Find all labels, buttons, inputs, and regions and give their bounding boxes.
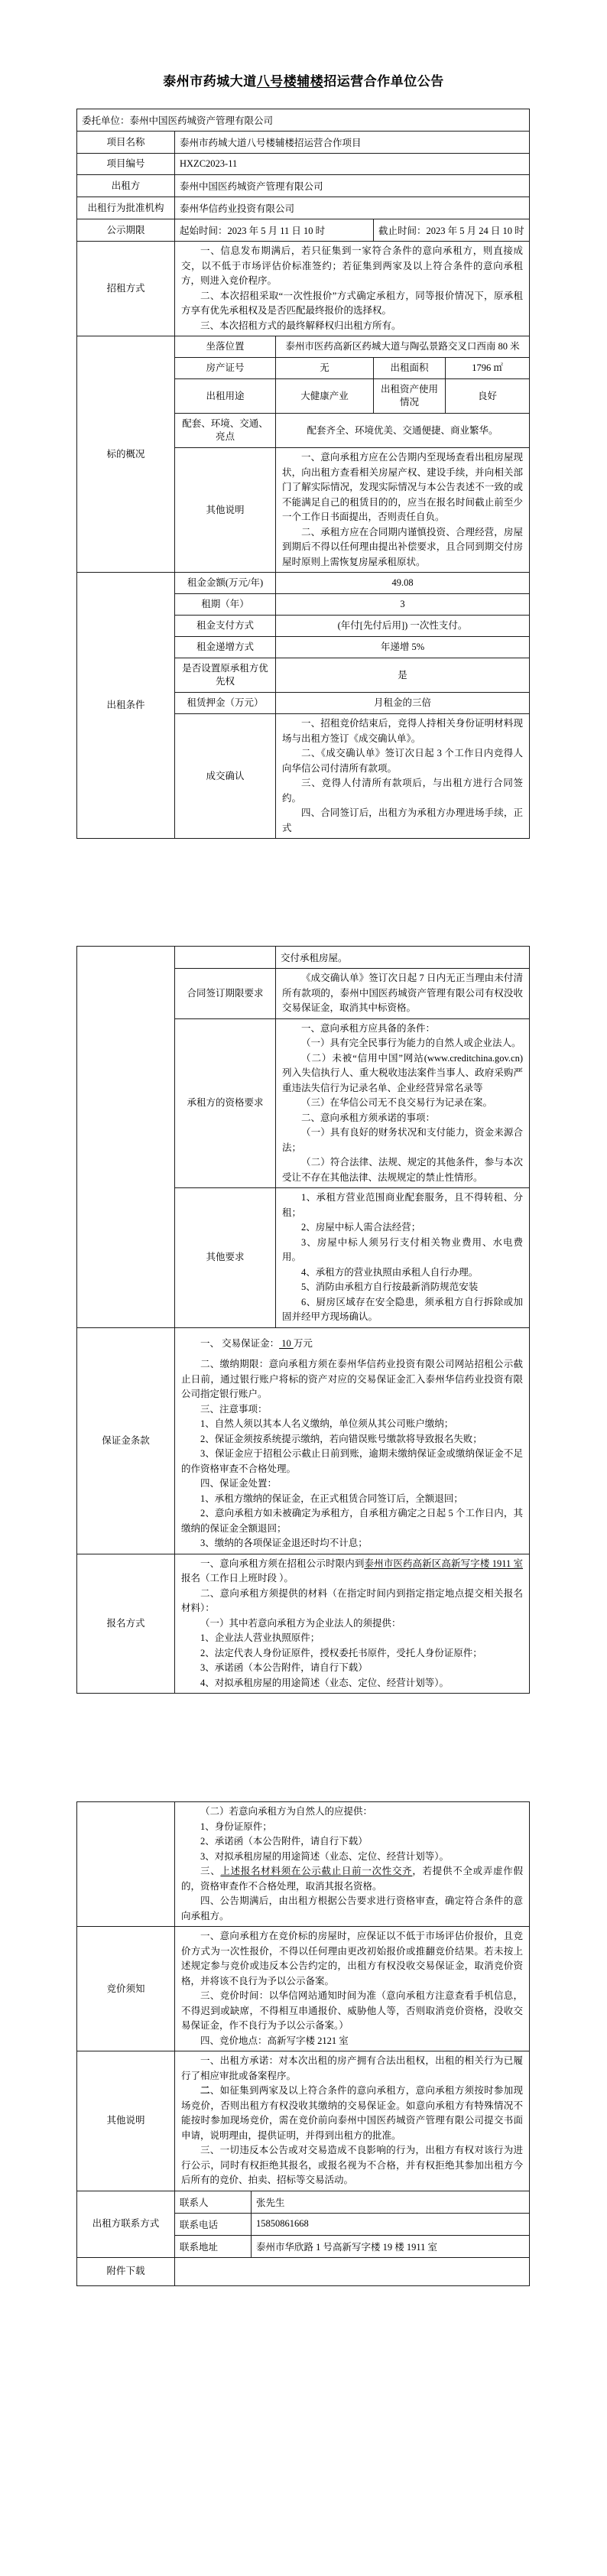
- other-notes-para2-bold: 二: [200, 2085, 210, 2096]
- table-row: 标的概况 坐落位置 泰州市医药高新区药城大道与陶弘景路交叉口西南 80 米: [77, 336, 530, 358]
- paragraph: 一、招租竞价结束后，竞得人持相关身份证明材料现场与出租方签订《成交确认单》。: [282, 716, 523, 746]
- paragraph: 四、合同签订后，出租方为承租方办理进场手续，正式: [282, 806, 523, 836]
- rent-increase-value: 年递增 5%: [276, 637, 530, 658]
- signup-item1-address: 泰州市医药高新区高新写字楼 1911 室: [364, 1558, 523, 1569]
- paragraph: 1、身份证原件；: [181, 1820, 523, 1835]
- other-notes-para2-rest: 、如征集到两家及以上符合条件的意向承租方，意向承租方须按时参加现场竞价，否则出租…: [181, 2085, 523, 2141]
- paragraph: （一）具有完全民事行为能力的自然人或企业法人。: [282, 1036, 523, 1051]
- paragraph: 一、意向承租方在竞价标的房屋时，应保证以不低于市场评估价报价，且竞价方式为一次性…: [181, 1929, 523, 1989]
- paragraph: 三、竞价时间：以华信网站通知时间为准（意向承租方注意查看手机信息，不得迟到或缺席…: [181, 1989, 523, 2034]
- priority-right-label: 是否设置原承租方优先权: [175, 658, 276, 693]
- payment-method-value: (年付[先付后用]) 一次性支付。: [276, 616, 530, 637]
- carryover-label-cell: [77, 947, 175, 1328]
- paragraph: 3、缴纳的各项保证金退还时均不计息；: [181, 1536, 523, 1551]
- announcement-table-page1: 委托单位：泰州中国医药城资产管理有限公司 项目名称 泰州市药城大道八号楼辅楼招运…: [76, 109, 530, 839]
- signup-continuation-label-cell: [77, 1802, 175, 1927]
- page-3: （二）若意向承租方为自然人的应提供： 1、身份证原件； 2、承诺函（本公告附件，…: [76, 1801, 529, 2286]
- lease-deposit-label: 租赁押金（万元）: [175, 693, 276, 714]
- project-no-label: 项目编号: [77, 154, 175, 175]
- paragraph: 三、竞得人付清所有款项后，与出租方进行合同签约。: [282, 776, 523, 806]
- other-notes-label: 其他说明: [77, 2051, 175, 2191]
- table-row: 附件下载: [77, 2257, 530, 2285]
- paragraph: 二、如征集到两家及以上符合条件的意向承租方，意向承租方须按时参加现场竞价，否则出…: [181, 2084, 523, 2143]
- paragraph: 一、意向承租方应具备的条件：: [282, 1022, 523, 1037]
- area-value: 1796 ㎡: [446, 358, 530, 379]
- use-label: 出租用途: [175, 379, 276, 414]
- announcement-table-page2: 交付承租房屋。 合同签订期限要求 《成交确认单》签订次日起 7 日内无正当理由未…: [76, 946, 530, 1694]
- paragraph: 1、企业法人营业执照原件；: [181, 1631, 523, 1646]
- lessor-contact-label: 出租方联系方式: [77, 2191, 175, 2257]
- project-name-label: 项目名称: [77, 132, 175, 154]
- lease-term-value: 3: [276, 594, 530, 616]
- recruit-method-label: 招租方式: [77, 242, 175, 336]
- bidding-notes-content: 一、意向承租方在竞价标的房屋时，应保证以不低于市场评估价报价，且竞价方式为一次性…: [175, 1927, 530, 2051]
- attachment-download-label: 附件下载: [77, 2257, 175, 2285]
- paragraph: 2、法定代表人身份证原件，授权委托书原件，受托人身份证原件；: [181, 1646, 523, 1662]
- contact-phone-value: 15850861668: [252, 2213, 530, 2235]
- lessor-label: 出租方: [77, 175, 175, 197]
- property-cert-label: 房产证号: [175, 358, 276, 379]
- paragraph: 4、对拟承租房屋的用途简述（业态、定位、经营计划等）。: [181, 1676, 523, 1691]
- property-cert-value: 无: [276, 358, 374, 379]
- location-label: 坐落位置: [175, 336, 276, 358]
- publicity-label: 公示期限: [77, 219, 175, 242]
- carryover-sublabel-cell: [175, 947, 276, 969]
- lease-term-label: 租期（年）: [175, 594, 276, 616]
- lease-terms-label: 出租条件: [77, 573, 175, 839]
- paragraph: 一、信息发布期满后，若只征集到一家符合条件的意向承租方，则直接成交，以不低于市场…: [181, 244, 523, 289]
- tenant-qualification-content: 一、意向承租方应具备的条件： （一）具有完全民事行为能力的自然人或企业法人。 （…: [276, 1018, 530, 1188]
- table-row: 竞价须知 一、意向承租方在竞价标的房屋时，应保证以不低于市场评估价报价，且竞价方…: [77, 1927, 530, 2051]
- location-value: 泰州市医药高新区药城大道与陶弘景路交叉口西南 80 米: [276, 336, 530, 358]
- project-name-value: 泰州市药城大道八号楼辅楼招运营合作项目: [175, 132, 530, 154]
- guarantee-item1-post: 万元: [294, 1338, 313, 1349]
- signup-method-label: 报名方式: [77, 1554, 175, 1694]
- signup-item3-pre: 三、: [200, 1866, 220, 1876]
- document-title: 泰州市药城大道八号楼辅楼招运营合作单位公告: [0, 70, 607, 89]
- table-row: 公示期限 起始时间：2023 年 5 月 11 日 10 时 截止时间：2023…: [77, 219, 530, 242]
- paragraph: 2、意向承租方如未被确定为承租方，自承租方确定之日起 5 个工作日内，其缴纳的保…: [181, 1506, 523, 1536]
- table-row: 交付承租房屋。: [77, 947, 530, 969]
- approver-value: 泰州华信药业投资有限公司: [175, 197, 530, 219]
- paragraph: 《成交确认单》签订次日起 7 日内无正当理由未付清所有款项的，泰州中国医药城资产…: [282, 971, 523, 1016]
- use-value: 大健康产业: [276, 379, 374, 414]
- paragraph: 3、房屋中标人须另行支付相关物业费用、水电费用。: [282, 1236, 523, 1265]
- publicity-end: 截止时间：2023 年 5 月 24 日 10 时: [374, 219, 530, 242]
- guarantee-clause-content: 一、 交易保证金： 10 万元 二、缴纳期限：意向承租方须在泰州华信药业投资有限…: [175, 1327, 530, 1554]
- paragraph: 二、本次招租采取“一次性报价”方式确定承租方，同等报价情况下，原承租方享有优先承…: [181, 289, 523, 319]
- signup-item1-pre: 一、意向承租方须在招租公示时限内到: [200, 1558, 364, 1569]
- paragraph: 一、意向承租方应在公告期内至现场查看出租房屋现状，向出租方查看相关房屋产权、建设…: [282, 450, 523, 525]
- table-row: 招租方式 一、信息发布期满后，若只征集到一家符合条件的意向承租方，则直接成交，以…: [77, 242, 530, 336]
- facilities-value: 配套齐全、环境优美、交通便捷、商业繁华。: [276, 414, 530, 448]
- deal-confirm-label: 成交确认: [175, 714, 276, 839]
- deal-confirm-content: 一、招租竞价结束后，竞得人持相关身份证明材料现场与出租方签订《成交确认单》。 二…: [276, 714, 530, 839]
- paragraph: 二、意向承租方须提供的材料（在指定时间内到指定指定地点提交相关报名材料）：: [181, 1587, 523, 1616]
- table-row: 项目编号 HXZC2023-11: [77, 154, 530, 175]
- paragraph: 三、本次招租方式的最终解释权归出租方所有。: [181, 319, 523, 334]
- publicity-start: 起始时间：2023 年 5 月 11 日 10 时: [175, 219, 374, 242]
- paragraph: 四、公告期满后，由出租方根据公告要求进行资格审查，确定符合条件的意向承租方。: [181, 1894, 523, 1924]
- paragraph: 2、承诺函（本公告附件，请自行下载）: [181, 1834, 523, 1850]
- paragraph: 三、注意事项：: [181, 1402, 523, 1418]
- paragraph: 二、缴纳期限：意向承租方须在泰州华信药业投资有限公司网站招租公示截止日前，通过银…: [181, 1357, 523, 1402]
- lessor-value: 泰州中国医药城资产管理有限公司: [175, 175, 530, 197]
- paragraph: 1、承租方营业范围商业配套服务，且不得转租、分租；: [282, 1191, 523, 1220]
- facilities-label: 配套、环境、交通、亮点: [175, 414, 276, 448]
- paragraph: （二）符合法律、法规、规定的其他条件，参与本次受让不存在其他法律、法规规定的禁止…: [282, 1155, 523, 1185]
- rent-amount-value: 49.08: [276, 573, 530, 594]
- title-post: 招运营合作单位公告: [323, 74, 444, 89]
- paragraph: 3、承诺函（本公告附件，请自行下载）: [181, 1661, 523, 1676]
- paragraph: 3、保证金应于招租公示截止日前到账，逾期未缴纳保证金或缴纳保证金不足的作资格审查…: [181, 1447, 523, 1476]
- paragraph: （二）未被“信用中国”网站(www.creditchina.gov.cn)列入失…: [282, 1051, 523, 1096]
- table-row: （二）若意向承租方为自然人的应提供： 1、身份证原件； 2、承诺函（本公告附件，…: [77, 1802, 530, 1927]
- paragraph: （三）在华信公司无不良交易行为记录在案。: [282, 1096, 523, 1111]
- contact-person-label: 联系人: [175, 2191, 252, 2213]
- paragraph: 三、上述报名材料须在公示截止日前一次性交齐，若提供不全或弄虚作假的，资格审查作不…: [181, 1864, 523, 1894]
- tenant-qualification-label: 承租方的资格要求: [175, 1018, 276, 1188]
- table-row: 保证金条款 一、 交易保证金： 10 万元 二、缴纳期限：意向承租方须在泰州华信…: [77, 1327, 530, 1554]
- subject-other-content: 一、意向承租方应在公告期内至现场查看出租房屋现状，向出租方查看相关房屋产权、建设…: [276, 448, 530, 573]
- document-canvas: 泰州市药城大道八号楼辅楼招运营合作单位公告 委托单位：泰州中国医药城资产管理有限…: [0, 0, 607, 2576]
- bidding-notes-label: 竞价须知: [77, 1927, 175, 2051]
- guarantee-item1-pre: 一、 交易保证金：: [200, 1338, 279, 1349]
- page-1: 委托单位：泰州中国医药城资产管理有限公司 项目名称 泰州市药城大道八号楼辅楼招运…: [76, 109, 529, 839]
- paragraph: 3、对拟承租房屋的用途简述（业态、定位、经营计划等）。: [181, 1850, 523, 1865]
- paragraph: 二、《成交确认单》签订次日起 3 个工作日内竞得人向华信公司付清所有款项。: [282, 746, 523, 776]
- contact-person-value: 张先生: [252, 2191, 530, 2213]
- guarantee-item1-amount: 10: [279, 1338, 294, 1349]
- payment-method-label: 租金支付方式: [175, 616, 276, 637]
- paragraph: 一、意向承租方须在招租公示时限内到泰州市医药高新区高新写字楼 1911 室报名（…: [181, 1557, 523, 1587]
- page-2: 交付承租房屋。 合同签订期限要求 《成交确认单》签订次日起 7 日内无正当理由未…: [76, 946, 529, 1694]
- other-requirements-content: 1、承租方营业范围商业配套服务，且不得转租、分租； 2、房屋中标人需合法经营； …: [276, 1188, 530, 1328]
- paragraph: 5、消防由承租方自行按最新消防规范安装: [282, 1280, 523, 1295]
- paragraph: 二、承租方应在合同期内谨慎投资、合理经营，房屋到期后不得以任何理由提出补偿要求，…: [282, 525, 523, 570]
- paragraph: 三、一切违反本公告或对交易造成不良影响的行为，出租方有权对该行为进行公示，同时有…: [181, 2143, 523, 2188]
- paragraph: 一、出租方承诺：对本次出租的房产拥有合法出租权，出租的相关行为已履行了相应审批或…: [181, 2054, 523, 2084]
- table-row: 项目名称 泰州市药城大道八号楼辅楼招运营合作项目: [77, 132, 530, 154]
- signup-continuation-content: （二）若意向承租方为自然人的应提供： 1、身份证原件； 2、承诺函（本公告附件，…: [175, 1802, 530, 1927]
- paragraph: 1、自然人须以其本人名义缴纳，单位须从其公司账户缴纳；: [181, 1417, 523, 1432]
- rent-increase-label: 租金递增方式: [175, 637, 276, 658]
- paragraph: 2、房屋中标人需合法经营；: [282, 1220, 523, 1236]
- table-row: 委托单位：泰州中国医药城资产管理有限公司: [77, 109, 530, 132]
- paragraph: 4、承租方的营业执照由承租人自行办理。: [282, 1265, 523, 1281]
- guarantee-clause-label: 保证金条款: [77, 1327, 175, 1554]
- announcement-table-page3: （二）若意向承租方为自然人的应提供： 1、身份证原件； 2、承诺函（本公告附件，…: [76, 1801, 530, 2286]
- subject-other-label: 其他说明: [175, 448, 276, 573]
- priority-right-value: 是: [276, 658, 530, 693]
- paragraph: 6、厨房区域存在安全隐患，须承租方自行拆除或加固并经甲方现场确认。: [282, 1295, 523, 1325]
- asset-condition-value: 良好: [446, 379, 530, 414]
- other-requirements-label: 其他要求: [175, 1188, 276, 1328]
- signup-method-content: 一、意向承租方须在招租公示时限内到泰州市医药高新区高新写字楼 1911 室报名（…: [175, 1554, 530, 1694]
- signup-item1-post: 报名（工作日上班时段 ）。: [181, 1573, 294, 1584]
- paragraph: 2、保证金须按系统提示缴纳，若向错误账号缴款将导致报名失败；: [181, 1432, 523, 1447]
- other-notes-content: 一、出租方承诺：对本次出租的房产拥有合法出租权，出租的相关行为已履行了相应审批或…: [175, 2051, 530, 2191]
- table-row: 出租条件 租金金额(万元/年) 49.08: [77, 573, 530, 594]
- entrust-unit: 委托单位：泰州中国医药城资产管理有限公司: [77, 109, 530, 132]
- paragraph: 一、 交易保证金： 10 万元: [181, 1337, 523, 1352]
- paragraph: 四、保证金处置：: [181, 1476, 523, 1492]
- title-underlined: 八号楼辅楼: [257, 74, 324, 89]
- subject-overview-label: 标的概况: [77, 336, 175, 573]
- attachment-download-value: [175, 2257, 530, 2285]
- lease-deposit-value: 月租金的三倍: [276, 693, 530, 714]
- paragraph: 四、竞价地点：高新写字楼 2121 室: [181, 2034, 523, 2049]
- contract-deadline-label: 合同签订期限要求: [175, 969, 276, 1019]
- table-row: 出租方联系方式 联系人 张先生: [77, 2191, 530, 2213]
- table-row: 报名方式 一、意向承租方须在招租公示时限内到泰州市医药高新区高新写字楼 1911…: [77, 1554, 530, 1694]
- paragraph: （一）具有良好的财务状况和支付能力，资金来源合法；: [282, 1126, 523, 1155]
- table-row: 其他说明 一、出租方承诺：对本次出租的房产拥有合法出租权，出租的相关行为已履行了…: [77, 2051, 530, 2191]
- area-label: 出租面积: [374, 358, 446, 379]
- asset-condition-label: 出租资产使用情况: [374, 379, 446, 414]
- table-row: 出租行为批准机构 泰州华信药业投资有限公司: [77, 197, 530, 219]
- project-no-value: HXZC2023-11: [175, 154, 530, 175]
- table-row: 出租方 泰州中国医药城资产管理有限公司: [77, 175, 530, 197]
- title-pre: 泰州市药城大道: [163, 74, 257, 89]
- rent-amount-label: 租金金额(万元/年): [175, 573, 276, 594]
- signup-item3-underlined: 上述报名材料须在公示截止日前一次性交齐: [220, 1866, 412, 1876]
- approver-label: 出租行为批准机构: [77, 197, 175, 219]
- paragraph: 1、承租方缴纳的保证金，在正式租赁合同签订后，全额退回；: [181, 1492, 523, 1507]
- contract-deadline-content: 《成交确认单》签订次日起 7 日内无正当理由未付清所有款项的，泰州中国医药城资产…: [276, 969, 530, 1019]
- contact-phone-label: 联系电话: [175, 2213, 252, 2235]
- contact-address-value: 泰州市华欣路 1 号高新写字楼 19 楼 1911 室: [252, 2235, 530, 2257]
- recruit-method-content: 一、信息发布期满后，若只征集到一家符合条件的意向承租方，则直接成交，以不低于市场…: [175, 242, 530, 336]
- deal-confirm-continuation: 交付承租房屋。: [276, 947, 530, 969]
- paragraph: 二、意向承租方须承诺的事项：: [282, 1111, 523, 1126]
- paragraph: （一）其中若意向承租方为企业法人的须提供：: [181, 1616, 523, 1632]
- contact-address-label: 联系地址: [175, 2235, 252, 2257]
- paragraph: （二）若意向承租方为自然人的应提供：: [181, 1804, 523, 1820]
